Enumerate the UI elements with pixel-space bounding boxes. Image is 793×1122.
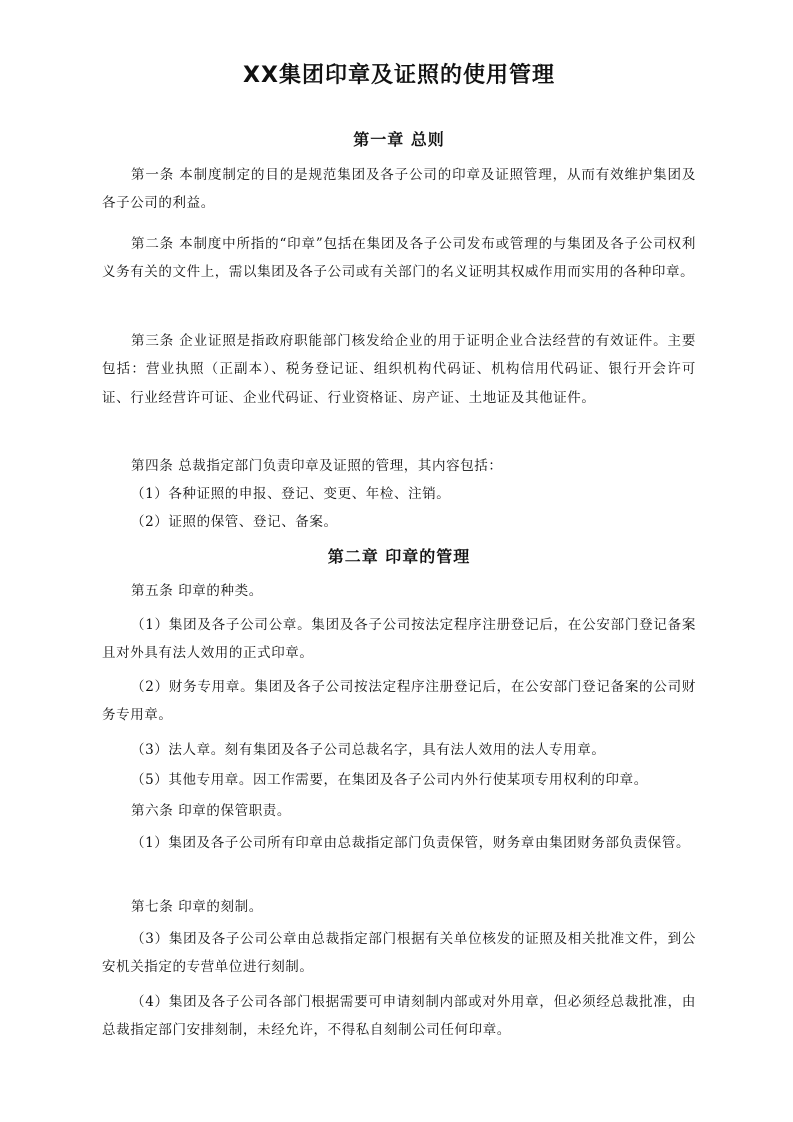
engraving-item-4: （4）集团及各子公司各部门根据需要可申请刻制内部或对外用章，但必须经总裁批准，由… [102, 988, 696, 1045]
seal-type-3: （3）法人章。刻有集团及各子公司总裁名字，具有法人效用的法人专用章。 [102, 736, 696, 764]
list-item-2: （2）证照的保管、登记、备案。 [102, 508, 696, 536]
article-4: 第四条 总裁指定部门负责印章及证照的管理，其内容包括： [102, 452, 696, 480]
article-6: 第六条 印章的保管职责。 [102, 797, 696, 825]
engraving-item-3: （3）集团及各子公司公章由总裁指定部门根据有关单位核发的证照及相关批准文件，到公… [102, 925, 696, 982]
article-5: 第五条 印章的种类。 [102, 577, 696, 605]
article-3: 第三条 企业证照是指政府职能部门核发给企业的用于证明企业合法经营的有效证件。主要… [102, 327, 696, 412]
list-item-1: （1）各种证照的申报、登记、变更、年检、注销。 [102, 480, 696, 508]
article-2: 第二条 本制度中所指的“印章”包括在集团及各子公司发布或管理的与集团及各子公司权… [102, 230, 696, 287]
seal-type-5: （5）其他专用章。因工作需要，在集团及各子公司内外行使某项专用权利的印章。 [102, 766, 696, 794]
custody-item-1: （1）集团及各子公司所有印章由总裁指定部门负责保管，财务章由集团财务部负责保管。 [102, 829, 696, 857]
document-title: XX集团印章及证照的使用管理 [102, 58, 696, 94]
article-1: 第一条 本制度制定的目的是规范集团及各子公司的印章及证照管理，从而有效维护集团及… [102, 161, 696, 218]
chapter-heading-1: 第一章 总则 [102, 126, 696, 154]
article-7: 第七条 印章的刻制。 [102, 893, 696, 921]
chapter-heading-2: 第二章 印章的管理 [102, 543, 696, 571]
seal-type-2: （2）财务专用章。集团及各子公司按法定程序注册登记后，在公安部门登记备案的公司财… [102, 673, 696, 730]
seal-type-1: （1）集团及各子公司公章。集团及各子公司按法定程序注册登记后，在公安部门登记备案… [102, 611, 696, 668]
